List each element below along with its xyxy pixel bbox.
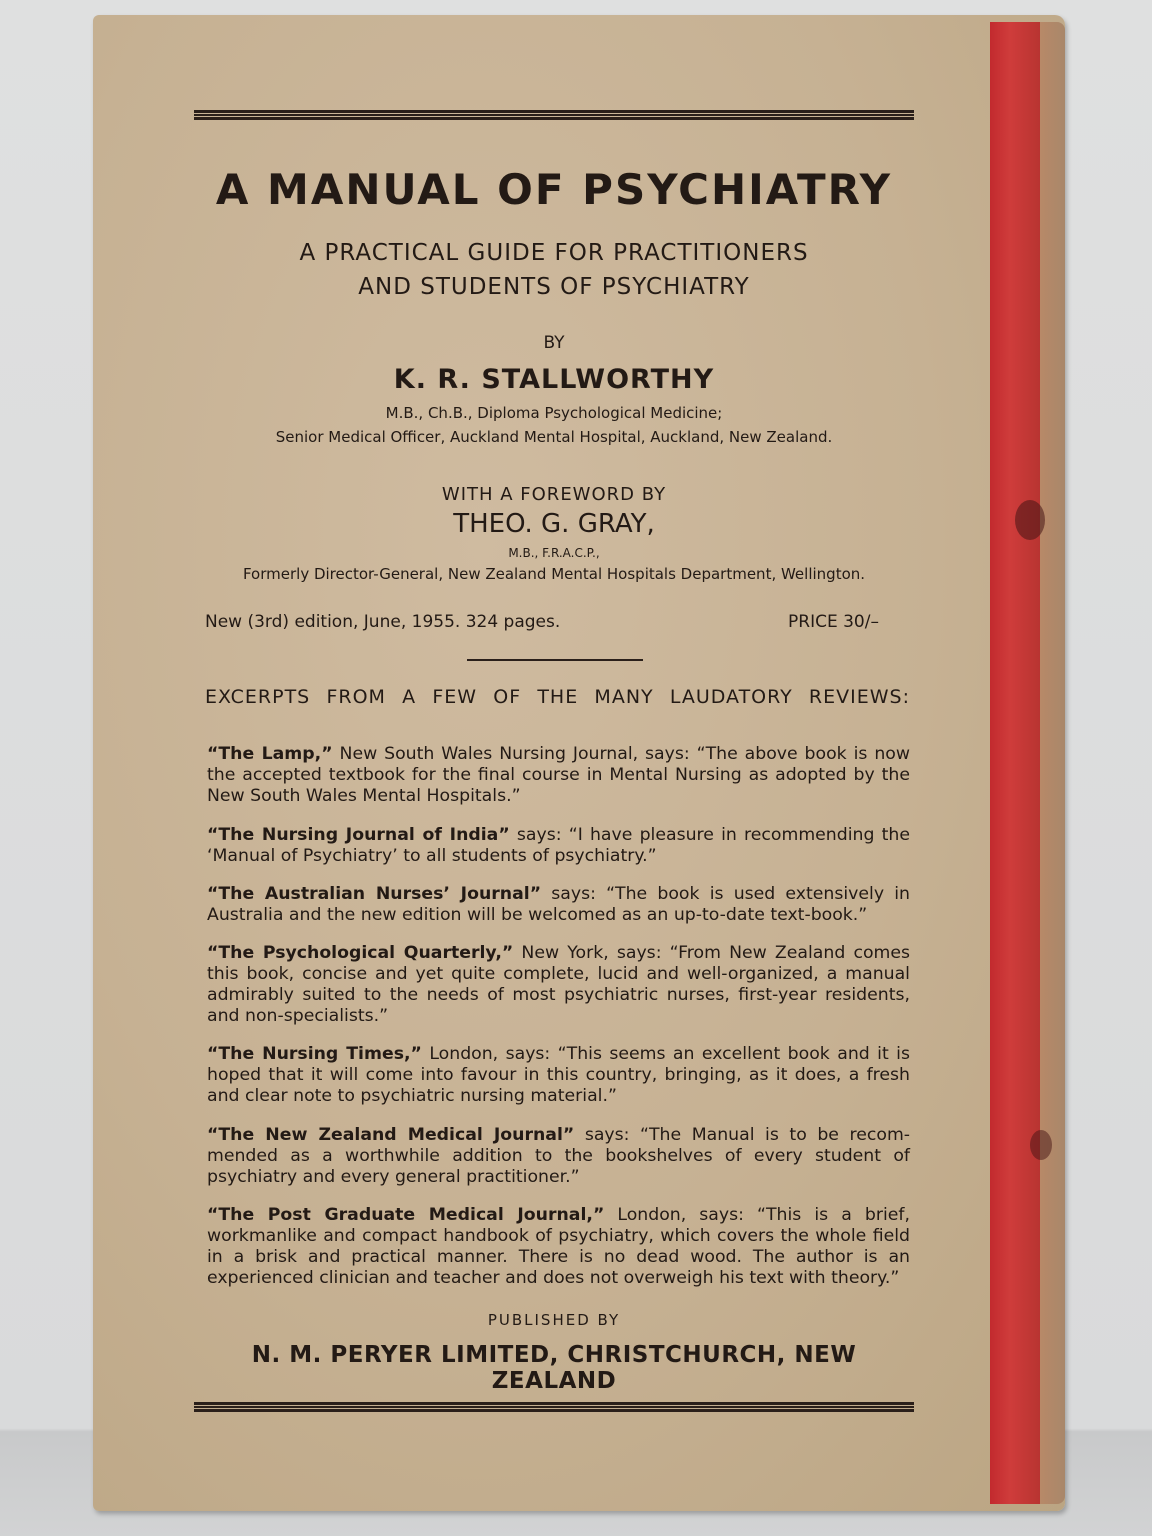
foreword-position: Formerly Director-General, New Zealand M… bbox=[194, 565, 914, 583]
bottom-double-rule bbox=[194, 1402, 914, 1412]
spine-stain bbox=[1030, 1130, 1052, 1160]
foreword-author: THEO. G. GRAY, bbox=[194, 509, 914, 539]
review-item: “The Australian Nurses’ Journal” says: “… bbox=[207, 884, 910, 926]
review-item: “The New Zealand Medical Journal” says: … bbox=[207, 1125, 910, 1188]
review-item: “The Lamp,” New South Wales Nursing Jour… bbox=[207, 744, 910, 807]
author-credentials: M.B., Ch.B., Diploma Psychological Medic… bbox=[194, 404, 914, 422]
book-title: A MANUAL OF PSYCHIATRY bbox=[194, 165, 914, 214]
author-position: Senior Medical Officer, Auckland Mental … bbox=[194, 428, 914, 446]
spine-edge bbox=[1040, 22, 1065, 1504]
price: PRICE 30/– bbox=[788, 612, 879, 632]
review-source: “The Post Graduate Medical Journal,” bbox=[207, 1205, 604, 1225]
top-double-rule bbox=[194, 110, 914, 120]
foreword-label: WITH A FOREWORD BY bbox=[194, 484, 914, 505]
review-item: “The Psychological Quarterly,” New York,… bbox=[207, 943, 910, 1027]
review-source: “The Lamp,” bbox=[207, 744, 333, 764]
excerpts-heading: EXCERPTS FROM A FEW OF THE MANY LAUDATOR… bbox=[205, 686, 910, 708]
review-item: “The Nursing Journal of India” says: “I … bbox=[207, 825, 910, 867]
published-by-label: PUBLISHED BY bbox=[194, 1311, 914, 1329]
spine-stain bbox=[1015, 500, 1045, 540]
review-item: “The Post Graduate Medical Journal,” Lon… bbox=[207, 1205, 910, 1289]
publisher-name: N. M. PERYER LIMITED, CHRISTCHURCH, NEW … bbox=[194, 1342, 914, 1394]
review-item: “The Nursing Times,” London, says: “This… bbox=[207, 1044, 910, 1107]
review-source: “The New Zealand Medical Journal” bbox=[207, 1125, 574, 1145]
subtitle-line-2: AND STUDENTS OF PSYCHIATRY bbox=[194, 274, 914, 300]
reviews-list: “The Lamp,” New South Wales Nursing Jour… bbox=[207, 727, 910, 1303]
review-source: “The Nursing Journal of India” bbox=[207, 825, 510, 845]
review-source: “The Psychological Quarterly,” bbox=[207, 943, 513, 963]
foreword-credentials: M.B., F.R.A.C.P., bbox=[194, 546, 914, 560]
by-label: BY bbox=[194, 333, 914, 353]
review-source: “The Australian Nurses’ Journal” bbox=[207, 884, 541, 904]
edition-info: New (3rd) edition, June, 1955. 324 pages… bbox=[205, 612, 560, 632]
review-source: “The Nursing Times,” bbox=[207, 1044, 422, 1064]
section-divider bbox=[467, 659, 643, 661]
red-spine bbox=[990, 22, 1040, 1504]
subtitle-line-1: A PRACTICAL GUIDE FOR PRACTITIONERS bbox=[194, 240, 914, 266]
author-name: K. R. STALLWORTHY bbox=[194, 364, 914, 395]
